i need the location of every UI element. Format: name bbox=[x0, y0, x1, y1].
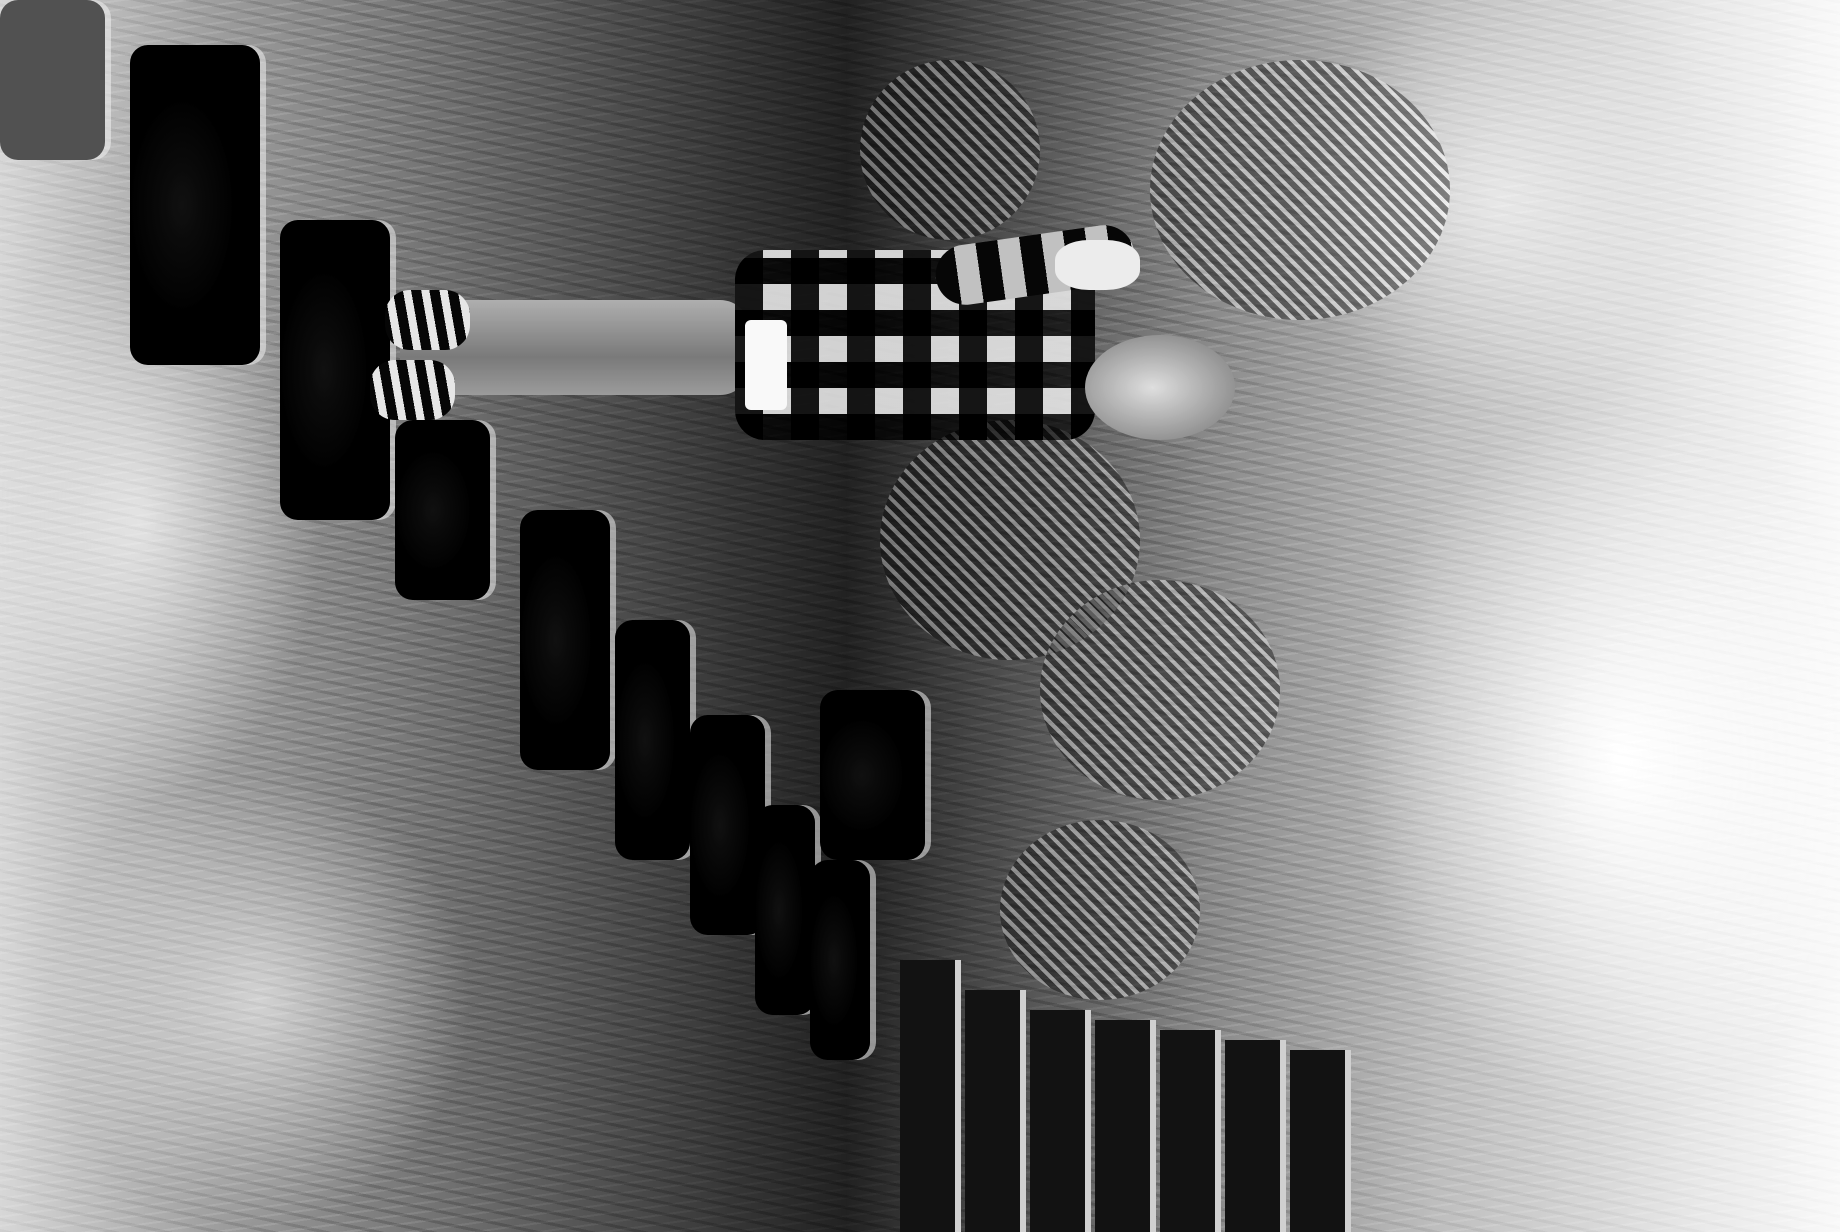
fern bbox=[1040, 580, 1280, 800]
stepping-stone bbox=[810, 860, 870, 1060]
person-head bbox=[1085, 335, 1235, 440]
photograph bbox=[0, 0, 1840, 1232]
stepping-stone bbox=[0, 0, 105, 160]
wooden-step bbox=[1160, 1030, 1221, 1232]
fern bbox=[1000, 820, 1200, 1000]
wooden-step bbox=[1225, 1040, 1286, 1232]
fern bbox=[860, 60, 1040, 240]
stepping-stone bbox=[755, 805, 815, 1015]
stepping-stone bbox=[690, 715, 765, 935]
stepping-stone bbox=[395, 420, 490, 600]
stepping-stone bbox=[520, 510, 610, 770]
stepping-stone bbox=[130, 45, 260, 365]
wooden-step bbox=[1095, 1020, 1156, 1232]
wooden-step bbox=[900, 960, 961, 1232]
wooden-step bbox=[965, 990, 1026, 1232]
belt bbox=[745, 320, 787, 410]
stepping-stone bbox=[615, 620, 690, 860]
stepping-stone bbox=[820, 690, 925, 860]
wooden-step bbox=[1290, 1050, 1351, 1232]
fern bbox=[1150, 60, 1450, 320]
shoe bbox=[385, 290, 470, 350]
wooden-step bbox=[1030, 1010, 1091, 1232]
person-hand bbox=[1055, 240, 1140, 290]
shoe bbox=[370, 360, 455, 420]
